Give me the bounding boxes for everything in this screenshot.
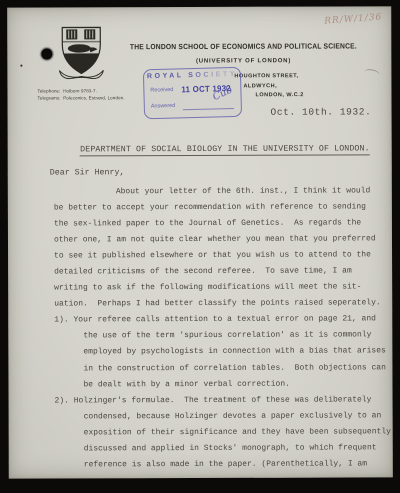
body-line: employed by psychologists in connection … bbox=[54, 344, 388, 361]
lse-crest-icon bbox=[57, 24, 105, 82]
body-line: discussed and applied in Stocks' monogra… bbox=[55, 440, 389, 457]
body-line: be dealt with by a minor verbal correcti… bbox=[54, 376, 388, 393]
letterhead-institution: THE LONDON SCHOOL OF ECONOMICS AND POLIT… bbox=[103, 41, 383, 51]
letter-page: RR/W/1/36 THE LONDON SCH bbox=[7, 6, 393, 478]
body-line: the sex-linked paper to the Journal of G… bbox=[54, 215, 388, 232]
telephone-line: Telephone: Holborn 9783-7. bbox=[37, 88, 97, 93]
letter-date: Oct. 10th. 1932. bbox=[271, 106, 372, 117]
letter-body: About your letter of the 6th. inst., I t… bbox=[54, 183, 389, 473]
salutation: Dear Sir Henry, bbox=[50, 168, 125, 177]
stamp-answered-line bbox=[183, 108, 234, 110]
archive-reference: RR/W/1/36 bbox=[324, 12, 383, 26]
received-stamp: ROYAL SOCIETY Received 11 OCT 1932 Answe… bbox=[143, 67, 242, 120]
department-heading: DEPARTMENT OF SOCIAL BIOLOGY IN THE UNIV… bbox=[50, 135, 370, 163]
body-line: condensed, because Holzinger devotes a p… bbox=[55, 408, 389, 425]
body-line: uation. Perhaps I had better classify th… bbox=[54, 296, 388, 313]
stamp-organisation: ROYAL SOCIETY bbox=[144, 71, 240, 81]
body-line: writing to ask if the following modifica… bbox=[54, 280, 388, 297]
ink-speck bbox=[20, 65, 22, 67]
body-line: exposition of their significance and the… bbox=[55, 424, 389, 441]
address-london: LONDON, W.C.2 bbox=[255, 92, 303, 98]
body-line: the use of the term 'spurious correlatio… bbox=[54, 328, 388, 345]
address-street: HOUGHTON STREET, bbox=[234, 73, 298, 79]
body-line: About your letter of the 6th. inst., I t… bbox=[54, 183, 388, 200]
address-aldwych: ALDWYCH, bbox=[243, 82, 277, 88]
body-line: other one, I am not quite clear whether … bbox=[54, 231, 388, 248]
scan-background: RR/W/1/36 THE LONDON SCH bbox=[0, 0, 400, 493]
body-line: 1). Your referee calls attention to a te… bbox=[54, 312, 388, 329]
body-line: 2). Holzinger's formulae. The treatment … bbox=[55, 392, 389, 409]
body-line: reference is also made in the paper. (Pa… bbox=[55, 456, 389, 473]
body-line: in the construction of correlation table… bbox=[54, 360, 388, 377]
telegrams-line: Telegrams: Poleconics, Estrand, London. bbox=[37, 95, 124, 100]
body-line: to see it published elsewhere or that yo… bbox=[54, 248, 388, 265]
stamp-received-label: Received bbox=[150, 87, 173, 94]
punch-hole bbox=[41, 49, 52, 60]
body-line: detailed criticisms of the second refere… bbox=[54, 264, 388, 281]
body-line: be better to accept your recommendation … bbox=[54, 199, 388, 216]
stamp-answered-label: Answered bbox=[151, 102, 176, 109]
